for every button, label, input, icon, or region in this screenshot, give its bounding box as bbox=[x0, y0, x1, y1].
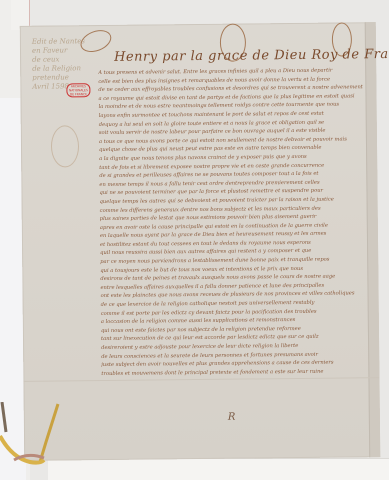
signature-mark: R bbox=[228, 412, 236, 423]
calligraphic-flourish bbox=[51, 125, 79, 167]
parchment-folded-edge bbox=[365, 22, 381, 457]
document-heading: Henry par la grace de Dieu Roy de France… bbox=[114, 46, 389, 65]
manuscript-line: troubles et mouvemens dont le principal … bbox=[101, 367, 366, 378]
document-body: A tous presens et advenir salut. Entre l… bbox=[98, 66, 366, 378]
seal-cord bbox=[0, 402, 60, 468]
stamp-line: DE FRANCE bbox=[67, 92, 89, 96]
manuscript-parchment: Edit de Nantes en Faveur de ceux de la R… bbox=[20, 22, 381, 461]
bottom-mount-board bbox=[48, 458, 389, 480]
archive-stamp: ARCHIVES NATIONALES DE FRANCE bbox=[66, 83, 90, 97]
